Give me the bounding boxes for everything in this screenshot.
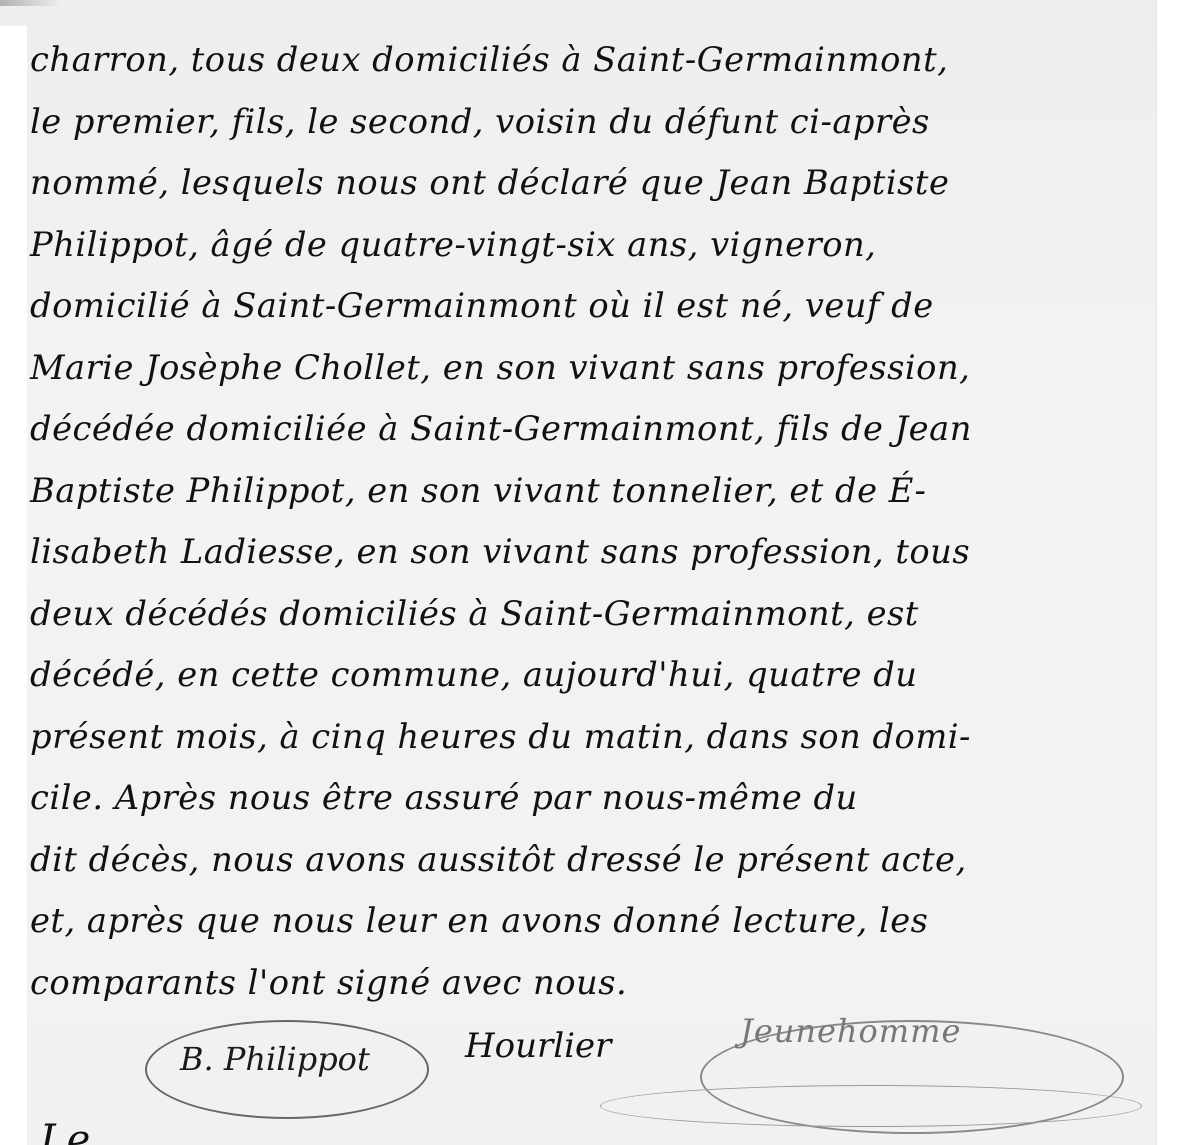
signature-hourlier: Hourlier [465, 1026, 611, 1066]
scan-edge-shadow [0, 0, 60, 6]
text-line: domicilié à Saint-Germainmont où il est … [30, 276, 1140, 338]
text-line: Philippot, âgé de quatre-vingt-six ans, … [30, 215, 1140, 277]
text-line: décédée domiciliée à Saint-Germainmont, … [30, 399, 1140, 461]
text-line: lisabeth Ladiesse, en son vivant sans pr… [30, 522, 1140, 584]
handwritten-text-body: charron, tous deux domiciliés à Saint-Ge… [30, 30, 1150, 1014]
text-line: décédé, en cette commune, aujourd'hui, q… [30, 645, 1140, 707]
text-line: deux décédés domiciliés à Saint-Germainm… [30, 584, 1140, 646]
cut-off-text-line: Le ... ... ... ... [40, 1100, 294, 1145]
text-line: Marie Josèphe Chollet, en son vivant san… [30, 338, 1140, 400]
right-scan-margin [1156, 0, 1177, 1145]
text-line: et, après que nous leur en avons donné l… [30, 891, 1140, 953]
text-line: présent mois, à cinq heures du matin, da… [30, 707, 1140, 769]
text-line: nommé, lesquels nous ont déclaré que Jea… [30, 153, 1140, 215]
signature-mayor: Jeunehomme [740, 1012, 961, 1050]
signature-philippot: B. Philippot [180, 1040, 370, 1078]
text-line: le premier, fils, le second, voisin du d… [30, 92, 1140, 154]
signature-flourish [600, 1085, 1142, 1127]
text-line: Baptiste Philippot, en son vivant tonnel… [30, 461, 1140, 523]
document-page: charron, tous deux domiciliés à Saint-Ge… [0, 0, 1177, 1145]
text-line: charron, tous deux domiciliés à Saint-Ge… [30, 30, 1140, 92]
left-scan-margin [0, 26, 27, 1145]
text-line: cile. Après nous être assuré par nous-mê… [30, 768, 1140, 830]
text-line: dit décès, nous avons aussitôt dressé le… [30, 830, 1140, 892]
